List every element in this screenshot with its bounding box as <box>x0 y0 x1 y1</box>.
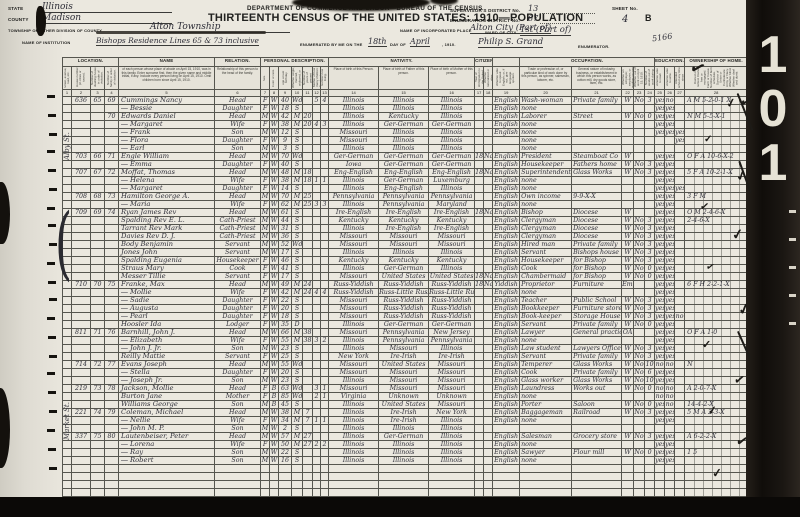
cell-mk <box>685 480 748 488</box>
cell-sc <box>675 249 685 257</box>
cell-sc <box>675 305 685 313</box>
cell-bm: Ire-English <box>429 225 475 233</box>
cell-wr: yes <box>665 337 675 345</box>
cell-cl <box>321 105 329 113</box>
cell-sx: F <box>261 121 270 129</box>
cell-na: Na <box>484 153 493 161</box>
cell-oc: Servant <box>520 321 572 329</box>
table-row: Straus MaryCookFW41SIllinoisGer-GermanIl… <box>63 265 748 273</box>
cell-bp: Illinois <box>329 265 379 273</box>
cell-wk: 3 <box>645 257 655 265</box>
cell-f: 71 <box>105 153 119 161</box>
cell-ym <box>303 137 313 145</box>
cell-lg: English <box>493 265 520 273</box>
cell-nm: ― Sadie <box>119 297 215 305</box>
cell-rl: Daughter <box>215 313 261 321</box>
cell-d: 75 <box>91 433 105 441</box>
cell-wr: no <box>665 401 675 409</box>
cell-sc <box>675 465 685 473</box>
cell-sc <box>675 121 685 129</box>
cell-cl <box>321 145 329 153</box>
cell-st <box>63 449 72 457</box>
column-number: 26 <box>665 90 675 97</box>
cell-bm: Illinois <box>429 433 475 441</box>
cell-f: 74 <box>105 209 119 217</box>
cell-bm: Illinois <box>429 457 475 465</box>
cell-wr: yes <box>665 209 675 217</box>
cell-im <box>475 305 484 313</box>
cell-cb <box>313 137 321 145</box>
table-row: ― EmmaDaughterFW40SIowaGer-GermanGer-Ger… <box>63 161 748 169</box>
cell-cb <box>313 345 321 353</box>
cell-na <box>484 337 493 345</box>
cell-sc <box>675 105 685 113</box>
checkmark-annotation: ✓ <box>707 403 718 417</box>
cell-ms: S <box>292 425 303 433</box>
column-subheader-text: Whether naturalized or alien. <box>484 67 493 88</box>
cell-sx: F <box>261 385 270 393</box>
cell-na <box>484 369 493 377</box>
cell-st <box>63 297 72 305</box>
cell-ag: 41 <box>279 265 292 273</box>
cell-sx: F <box>261 417 270 425</box>
cell-f <box>105 241 119 249</box>
cell-in: Bishops house <box>572 249 622 257</box>
cell-sc: no <box>675 313 685 321</box>
table-row: ― MargaretWifeFW38M2043IllinoisGer-Germa… <box>63 121 748 129</box>
cell-bf: United States <box>379 361 429 369</box>
cell-im: 1891 <box>475 281 484 289</box>
cell-em <box>622 441 634 449</box>
cell-em: Emp <box>622 281 634 289</box>
cell-oc: Clergyman <box>520 225 572 233</box>
cell-rd: yes <box>655 377 665 385</box>
cell-f <box>105 249 119 257</box>
cell-st <box>63 105 72 113</box>
column-group-header: RELATION. <box>215 58 261 67</box>
cell-em: W <box>622 321 634 329</box>
cell-wr: yes <box>665 377 675 385</box>
cell-wk: 3 <box>645 161 655 169</box>
cell-rl: Cath-Priest <box>215 233 261 241</box>
cell-bm: Illinois <box>429 449 475 457</box>
cell-rd <box>655 480 665 488</box>
cell-wr: yes <box>665 313 675 321</box>
column-header-oc: Trade or profession of, or particular ki… <box>520 67 572 90</box>
cell-ow <box>634 425 645 433</box>
cell-sc <box>675 257 685 265</box>
cell-bf: Russ-Yiddish <box>379 313 429 321</box>
cell-im <box>475 233 484 241</box>
cell-bm: Kentucky <box>429 217 475 225</box>
cell-sx <box>261 488 270 496</box>
cell-na <box>484 361 493 369</box>
cell-cr: W <box>270 129 279 137</box>
cell-cl <box>321 169 329 177</box>
cell-bf: Russ-Yiddish <box>379 281 429 289</box>
cell-na <box>484 113 493 121</box>
table-row: ― FloraDaughterFW9SMissouriIllinoisIllin… <box>63 137 748 145</box>
cell-lg: English <box>493 385 520 393</box>
cell-lg: English <box>493 433 520 441</box>
cell-d: 68 <box>91 193 105 201</box>
table-row: ― EarlSonMW3SIllinoisIllinoisIllinoisnon… <box>63 145 748 153</box>
cell-wk: 3 <box>645 249 655 257</box>
cell-sc <box>675 265 685 273</box>
column-number: 2 <box>72 90 91 97</box>
cell-rd: yes <box>655 129 665 137</box>
ward-label: WARD OF CITY <box>485 30 517 35</box>
township-label: TOWNSHIP OR OTHER DIVISION OF COUNTY <box>8 28 102 33</box>
cell-lg: Yiddish <box>493 281 520 289</box>
cell-cl <box>321 257 329 265</box>
cell-sc <box>675 289 685 297</box>
cell-ow <box>634 129 645 137</box>
cell-ms: M <box>292 289 303 297</box>
cell-cl: 1 <box>321 393 329 401</box>
cell-ms: M <box>292 113 303 121</box>
cell-cr: W <box>270 337 279 345</box>
column-header-bf: Place of birth of Father of this person. <box>379 67 429 90</box>
cell-ow <box>634 209 645 217</box>
cell-ms: S <box>292 369 303 377</box>
cell-in: Private family <box>572 321 622 329</box>
cell-f <box>105 217 119 225</box>
margin-dash <box>48 391 56 394</box>
cell-ag: 57 <box>279 433 292 441</box>
cell-im <box>475 425 484 433</box>
cell-sc <box>675 225 685 233</box>
cell-f: 69 <box>105 97 119 105</box>
column-header-cb: Mother of how many children: Number born… <box>313 67 321 90</box>
cell-bp: Missouri <box>329 137 379 145</box>
cell-wk <box>645 129 655 137</box>
cell-rl: Servant <box>215 353 261 361</box>
cell-wr: yes <box>665 305 675 313</box>
cell-f <box>105 313 119 321</box>
cell-h <box>72 129 91 137</box>
cell-bp: Missouri <box>329 297 379 305</box>
cell-f: 70 <box>105 113 119 121</box>
cell-oc: none <box>520 145 572 153</box>
table-row: Williams GeorgeSonMB45SIllinoisUnited St… <box>63 401 748 409</box>
cell-wr <box>665 425 675 433</box>
cell-oc <box>520 480 572 488</box>
cell-ag: 12 <box>279 129 292 137</box>
cell-em: W <box>622 345 634 353</box>
cell-rd <box>655 488 665 496</box>
cell-ym <box>303 185 313 193</box>
cell-bp: Missouri <box>329 233 379 241</box>
cell-ym <box>303 449 313 457</box>
cell-cr: W <box>270 457 279 465</box>
cell-ms: S <box>292 353 303 361</box>
column-subheader-text: Whether able to speak English; or, if no… <box>496 67 515 88</box>
cell-lg: English <box>493 257 520 265</box>
cell-nm: ― Bessie <box>119 105 215 113</box>
cell-lg: English <box>493 401 520 409</box>
cell-cl: 3 <box>321 121 329 129</box>
cell-na <box>484 441 493 449</box>
cell-in <box>572 480 622 488</box>
cell-na <box>484 97 493 105</box>
cell-d <box>91 265 105 273</box>
cell-bm: Illinois <box>429 137 475 145</box>
cell-wr: yes <box>665 281 675 289</box>
cell-oc: Housekeeper <box>520 257 572 265</box>
cell-rd: yes <box>655 281 665 289</box>
cell-mk: O M 2-4-6-X <box>685 209 748 217</box>
cell-bp: New York <box>329 353 379 361</box>
cell-mk <box>685 488 748 496</box>
cell-d <box>91 113 105 121</box>
film-bottom-bar <box>0 497 800 517</box>
cell-nm: Williams George <box>119 401 215 409</box>
column-number: 23 <box>634 90 645 97</box>
cell-rd: yes <box>655 417 665 425</box>
column-group-header: NATIVITY. <box>329 58 475 67</box>
cell-d <box>91 377 105 385</box>
column-header-ag: Age at last birthday. <box>279 67 292 90</box>
cell-ms: S <box>292 185 303 193</box>
cell-em <box>622 457 634 465</box>
cell-bm: Illinois <box>429 113 475 121</box>
table-row: ― MariaWifeFW62M2533IllinoisPennsylvania… <box>63 201 748 209</box>
cell-d <box>91 345 105 353</box>
cell-ym <box>303 361 313 369</box>
cell-nm: Lautenbeiser, Peter <box>119 433 215 441</box>
cell-lg: English <box>493 177 520 185</box>
cell-em <box>622 145 634 153</box>
cell-sc <box>675 377 685 385</box>
cell-st <box>63 393 72 401</box>
cell-im <box>475 409 484 417</box>
cell-bf: Russ-Little Russ <box>379 289 429 297</box>
cell-oc: none <box>520 137 572 145</box>
cell-bp: Ger-German <box>329 153 379 161</box>
cell-oc: none <box>520 337 572 345</box>
cell-mk <box>685 121 748 129</box>
cell-d <box>91 393 105 401</box>
cell-rl: Daughter <box>215 297 261 305</box>
cell-bp: Missouri <box>329 369 379 377</box>
cell-sx: M <box>261 225 270 233</box>
cell-em: W <box>622 257 634 265</box>
cell-cr: W <box>270 217 279 225</box>
cell-wr: no <box>665 361 675 369</box>
cell-em: W <box>622 209 634 217</box>
cell-nm: Messer Tillie <box>119 273 215 281</box>
cell-ag: 48 <box>279 169 292 177</box>
cell-bp: Illinois <box>329 345 379 353</box>
cell-in <box>572 425 622 433</box>
cell-h <box>72 225 91 233</box>
cell-lg <box>493 137 520 145</box>
cell-rl: Housekeeper <box>215 257 261 265</box>
cell-nm: Straus Mary <box>119 265 215 273</box>
cell-rd: yes <box>655 249 665 257</box>
cell-nm: Ryan James Rev <box>119 209 215 217</box>
cell-cr: W <box>270 161 279 169</box>
cell-wk: 3 <box>645 313 655 321</box>
cell-ms: S <box>292 377 303 385</box>
cell-d: 73 <box>91 385 105 393</box>
cell-rl: Son <box>215 377 261 385</box>
cell-ms: M <box>292 329 303 337</box>
cell-f <box>105 417 119 425</box>
cell-cl <box>321 225 329 233</box>
cell-im <box>475 225 484 233</box>
cell-cb <box>313 353 321 361</box>
cell-bf: Pennsylvania <box>379 329 429 337</box>
cell-f: 78 <box>105 385 119 393</box>
cell-bp: Illinois <box>329 121 379 129</box>
cell-in: for Bishop <box>572 273 622 281</box>
margin-dash <box>48 448 56 451</box>
cell-oc <box>520 472 572 480</box>
cell-bp: Illinois <box>329 145 379 153</box>
table-row: 7036671Engle WilliamHeadMW70WdGer-German… <box>63 153 748 161</box>
cell-ag: 70 <box>279 153 292 161</box>
cell-f <box>105 480 119 488</box>
cell-em: W <box>622 97 634 105</box>
cell-ms: Wd <box>292 393 303 401</box>
cell-st <box>63 480 72 488</box>
cell-sx: M <box>261 281 270 289</box>
cell-cl <box>321 369 329 377</box>
cell-rd: yes <box>655 177 665 185</box>
cell-ow <box>634 201 645 209</box>
cell-mk: 6 F H 2-2-1-X <box>685 281 748 289</box>
cell-f <box>105 121 119 129</box>
cell-rl: Cath-Priest <box>215 217 261 225</box>
cell-ag: 20 <box>279 369 292 377</box>
cell-lg: English <box>493 449 520 457</box>
cell-rd: yes <box>655 273 665 281</box>
cell-na <box>484 417 493 425</box>
cell-ow <box>634 289 645 297</box>
cell-st <box>63 385 72 393</box>
cell-rd: no <box>655 385 665 393</box>
cell-rl: Wife <box>215 441 261 449</box>
cell-rl: Daughter <box>215 137 261 145</box>
cell-cr: W <box>270 225 279 233</box>
cell-in: Public School <box>572 297 622 305</box>
cell-h: 714 <box>72 361 91 369</box>
cell-nm <box>119 488 215 496</box>
cell-im <box>475 257 484 265</box>
cell-rl: Wife <box>215 417 261 425</box>
margin-dash <box>48 281 56 284</box>
cell-em <box>622 193 634 201</box>
cell-bf: Illinois <box>379 129 429 137</box>
table-row <box>63 465 748 473</box>
cell-bp: Illinois <box>329 337 379 345</box>
cell-d <box>91 129 105 137</box>
cell-in: Works out <box>572 385 622 393</box>
cell-lg: English <box>493 345 520 353</box>
cell-rd: yes <box>655 289 665 297</box>
cell-ow: No <box>634 113 645 121</box>
margin-dash <box>49 467 57 470</box>
cell-f: 77 <box>105 361 119 369</box>
cell-em <box>622 337 634 345</box>
cell-f: 76 <box>105 329 119 337</box>
cell-ow: No <box>634 361 645 369</box>
cell-rd: yes <box>655 401 665 409</box>
enumerated-label: ENUMERATED BY ME ON THE <box>300 42 362 47</box>
table-row: Hoosler IdaLodgerFW35DIllinoisGer-German… <box>63 321 748 329</box>
cell-lg <box>493 145 520 153</box>
cell-im <box>475 177 484 185</box>
cell-sc <box>675 441 685 449</box>
margin-dash <box>47 150 55 153</box>
cell-in: 9-9-X-X <box>572 193 622 201</box>
cell-ym <box>303 209 313 217</box>
cell-cb <box>313 401 321 409</box>
margin-dash <box>49 133 57 136</box>
cell-bm <box>429 465 475 473</box>
cell-ag: 9 <box>279 137 292 145</box>
cell-bm: Ger-German <box>429 121 475 129</box>
cell-mk <box>685 137 748 145</box>
cell-bp: Illinois <box>329 185 379 193</box>
cell-ms <box>292 465 303 473</box>
table-row: 3377580Lautenbeiser, PeterHeadMW57M27Ill… <box>63 433 748 441</box>
cell-cb <box>313 193 321 201</box>
cell-bf <box>379 465 429 473</box>
column-group-header: NAME <box>119 58 215 67</box>
cell-bf: Kentucky <box>379 113 429 121</box>
cell-na <box>484 257 493 265</box>
cell-bm: New York <box>429 409 475 417</box>
cell-mk <box>685 273 748 281</box>
cell-ow <box>634 417 645 425</box>
cell-bm: Missouri <box>429 241 475 249</box>
enumerated-month: April <box>410 37 430 47</box>
margin-dash <box>47 317 55 320</box>
cell-f <box>105 105 119 113</box>
cell-ow: No <box>634 369 645 377</box>
cell-f <box>105 265 119 273</box>
cell-h <box>72 441 91 449</box>
cell-cr: W <box>270 361 279 369</box>
margin-dash <box>47 372 55 375</box>
cell-rl: Head <box>215 409 261 417</box>
cell-cb: 1 <box>313 177 321 185</box>
cell-ym <box>303 217 313 225</box>
cell-rd <box>655 465 665 473</box>
cell-f <box>105 129 119 137</box>
cell-ag: 46 <box>279 257 292 265</box>
cell-im <box>475 193 484 201</box>
cell-cl <box>321 217 329 225</box>
cell-nm: ― Maria <box>119 201 215 209</box>
cell-nm: ― Emma <box>119 161 215 169</box>
cell-em <box>622 417 634 425</box>
cell-lg <box>493 465 520 473</box>
cell-cb <box>313 233 321 241</box>
cell-oc: Bishop <box>520 209 572 217</box>
cell-oc: none <box>520 417 572 425</box>
cell-bm: Ire-Irish <box>429 353 475 361</box>
cell-ym <box>303 385 313 393</box>
cell-bf: Ger-German <box>379 161 429 169</box>
cell-nm: Reilly Mattie <box>119 353 215 361</box>
margin-dash <box>47 207 55 210</box>
cell-ow: No <box>634 433 645 441</box>
table-row: Messer TillieServantFW17SMissouriUnited … <box>63 273 748 281</box>
